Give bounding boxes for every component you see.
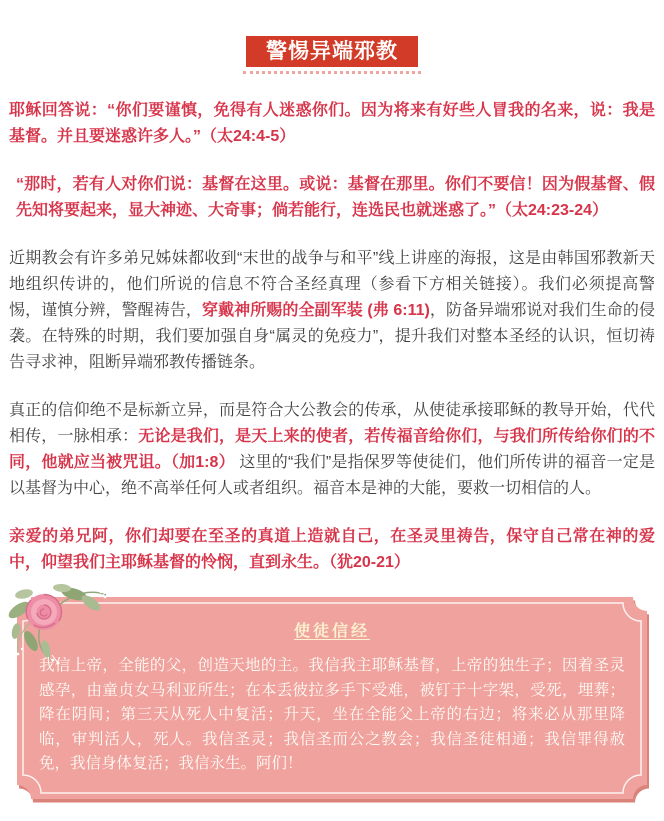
paragraph-true-faith: 真正的信仰绝不是标新立异，而是符合大公教会的传承，从使徒承接耶稣的教导开始，代代… [9,398,655,502]
paragraph-warning: 近期教会有许多弟兄姊妹都收到“末世的战争与和平”线上讲座的海报，这是由韩国邪教新… [9,246,655,376]
creed-title: 使徒信经 [39,618,625,641]
scripture-quote-3: 亲爱的弟兄阿，你们却要在至圣的真道上造就自己，在圣灵里祷告，保守自己常在神的爱中… [9,524,655,576]
page-header: 警惕异端邪教 [0,0,664,74]
scripture-quote-1: 耶稣回答说：“你们要谨慎，免得有人迷惑你们。因为将来有好些人冒我的名来，说：我是… [9,98,655,150]
article-body: 耶稣回答说：“你们要谨慎，免得有人迷惑你们。因为将来有好些人冒我的名来，说：我是… [0,98,664,590]
paragraph-warning-scripture: 穿戴神所赐的全副军装 (弗 6:11) [202,302,430,319]
creed-content: 使徒信经 我信上帝，全能的父，创造天地的主。我信我主耶稣基督，上帝的独生子；因着… [39,597,625,777]
scripture-quote-2: “那时，若有人对你们说：基督在这里。或说：基督在那里。你们不要信！因为假基督、假… [9,172,655,224]
apostles-creed-box: 使徒信经 我信上帝，全能的父，创造天地的主。我信我主耶稣基督，上帝的独生子；因着… [17,597,647,803]
dotted-divider [243,71,421,74]
creed-text: 我信上帝，全能的父，创造天地的主。我信我主耶稣基督，上帝的独生子；因着圣灵感孕，… [39,654,625,777]
page-title: 警惕异端邪教 [246,36,418,67]
article-page: 警惕异端邪教 耶稣回答说：“你们要谨慎，免得有人迷惑你们。因为将来有好些人冒我的… [0,0,664,821]
